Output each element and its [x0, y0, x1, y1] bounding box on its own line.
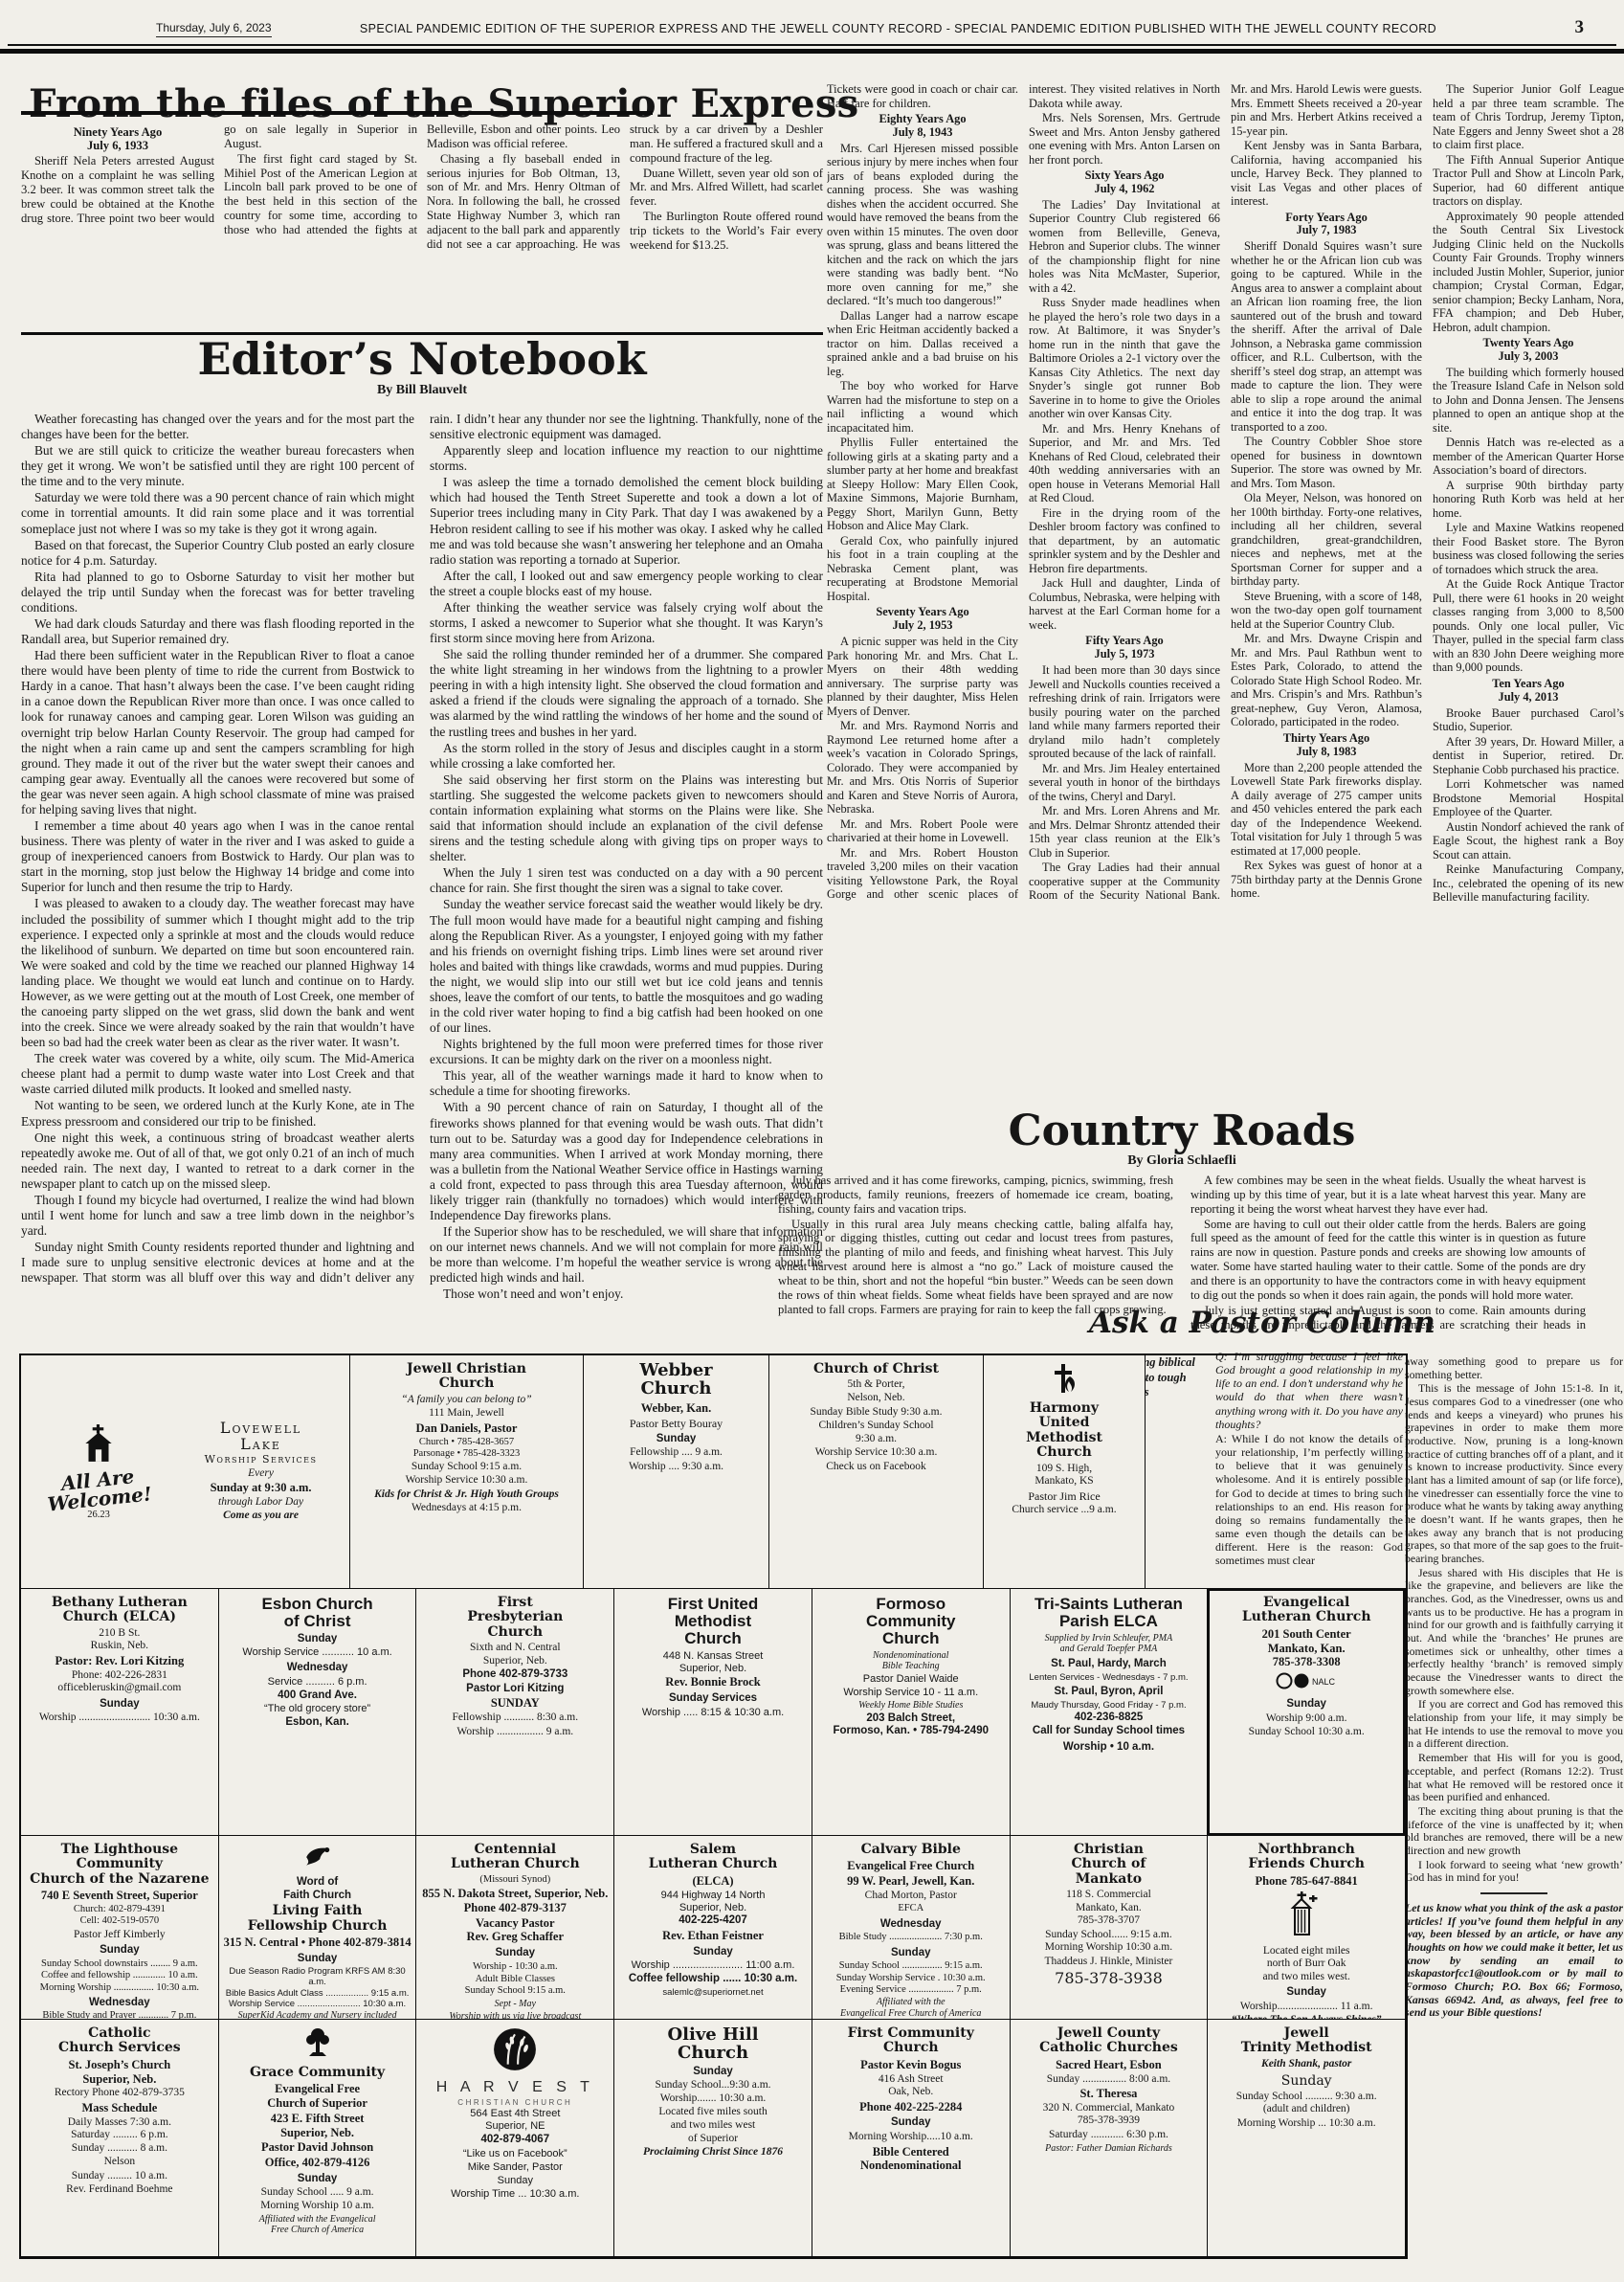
- ad-line: Fellowship ........... 8:30 a.m.: [420, 1711, 610, 1725]
- ask-a-pastor-answer-column: away something good to prepare us for so…: [1405, 1355, 1623, 2276]
- ad-line: Worship...................... 11 a.m.: [1212, 2001, 1401, 2014]
- text-block: The Country Cobbler Shoe store opened fo…: [1231, 435, 1422, 490]
- ad-line: Worship Service 10:30 a.m.: [773, 1446, 979, 1460]
- ad-graphic-area: All Are Welcome!26.23: [25, 1421, 172, 1522]
- ad-line: Worship Time ... 10:30 a.m.: [420, 2188, 610, 2201]
- text-block: Nights brightened by the full moon were …: [430, 1037, 823, 1067]
- ad-line: Worship ........................ 11:00 a…: [618, 1959, 808, 1972]
- text-block: Lorri Kohmetscher was named Brodstone Me…: [1433, 777, 1624, 819]
- text-block: Seventy Years Ago July 2, 1953: [827, 606, 1018, 633]
- ad-line: First Presbyterian Church: [420, 1596, 610, 1640]
- ad-text-area: Lovewell LakeWorship ServicesEverySunday…: [176, 1420, 345, 1524]
- ad-line: (Missouri Synod): [420, 1874, 610, 1886]
- text-block: Mr. and Mrs. Raymond Norris and Raymond …: [827, 719, 1018, 817]
- ad-line: Lenten Services - Wednesdays - 7 p.m.: [1014, 1672, 1204, 1683]
- ad-line: 448 N. Kansas Street Superior, Neb.: [618, 1650, 808, 1675]
- column-divider: [1480, 1892, 1547, 1894]
- ad-line: Affiliated with the Evangelical Free Chu…: [816, 1997, 1006, 2020]
- ad-line: Chad Morton, Pastor: [816, 1890, 1006, 1903]
- ad-line: Sunday: [25, 1698, 214, 1711]
- text-block: Rex Sykes was guest of honor at a 75th b…: [1231, 859, 1422, 901]
- text-block: Some are having to cull out their older …: [1190, 1218, 1586, 1303]
- text-block: Mr. and Mrs. Dwayne Crispin and Mr. and …: [1231, 632, 1422, 729]
- ad-line: Evangelical Lutheran Church: [1212, 1596, 1401, 1625]
- text-block: She said the rolling thunder reminded he…: [430, 647, 823, 739]
- text-block: Usually in this rural area July means ch…: [778, 1218, 1173, 1317]
- ad-line: Sunday: [223, 1633, 412, 1646]
- ad-line: Check us on Facebook: [773, 1461, 979, 1474]
- ad-line: Affiliated with the Evangelical Free Chu…: [223, 2214, 412, 2237]
- ad-line: Sunday: [1212, 1986, 1401, 2000]
- text-block: Sunday the weather service forecast said…: [430, 897, 823, 1036]
- ad-line: Dan Daniels, Pastor: [354, 1421, 579, 1436]
- text-block: This year, all of the weather warnings m…: [430, 1068, 823, 1099]
- ad-line: Rev. Ferdinand Boehme: [25, 2183, 214, 2197]
- ad-line: Morning Worship ... 10:30 a.m.: [1212, 2117, 1401, 2131]
- church-ad-jewell-trinity-methodist: Jewell Trinity MethodistKeith Shank, pas…: [1207, 2019, 1406, 2257]
- church-ad-first-united-methodist: First United Methodist Church448 N. Kans…: [613, 1588, 812, 1836]
- ad-line: Sunday: [1212, 1698, 1401, 1711]
- ad-line: Sunday: [816, 1947, 1006, 1960]
- ad-line: Pastor Jeff Kimberly: [25, 1929, 214, 1942]
- text-block: We had dark clouds Saturday and there wa…: [21, 616, 414, 647]
- ad-line: Christian Church of Mankato: [1014, 1843, 1204, 1887]
- ad-line: 203 Balch Street, Formoso, Kan. • 785-79…: [816, 1712, 1006, 1738]
- ad-line: Pastor Daniel Waide: [816, 1673, 1006, 1686]
- ad-line: Church service ...9 a.m.: [988, 1504, 1141, 1517]
- ad-line: Living Faith Fellowship Church: [223, 1904, 412, 1934]
- ad-line: Thaddeus J. Hinkle, Minister: [1014, 1956, 1204, 1969]
- text-block: With a 90 percent chance of rain on Satu…: [430, 1100, 823, 1223]
- nalc-icon: NALC: [1212, 1671, 1401, 1695]
- ad-line: First United Methodist Church: [618, 1596, 808, 1647]
- ad-line: Northbranch Friends Church: [1212, 1843, 1401, 1872]
- church-ad-first-community: First Community ChurchPastor Kevin Bogus…: [812, 2019, 1011, 2257]
- ad-line: Pastor Betty Bouray: [588, 1417, 765, 1430]
- ad-line: Sunday ......... 10 a.m.: [25, 2170, 214, 2183]
- text-block: Dallas Langer had a narrow escape when E…: [827, 309, 1018, 379]
- ad-line: 402-879-4067: [420, 2134, 610, 2147]
- ad-line: Formoso Community Church: [816, 1596, 1006, 1647]
- ad-line: 315 N. Central • Phone 402-879-3814: [223, 1935, 412, 1950]
- text-block: Duane Willett, seven year old son of Mr.…: [630, 167, 823, 210]
- ad-line: Vacancy Pastor Rev. Greg Schaffer: [420, 1916, 610, 1945]
- ad-line: 564 East 4th Street Superior, NE: [420, 2108, 610, 2133]
- ad-line: 5th & Porter, Nelson, Neb.: [773, 1378, 979, 1404]
- ad-line: Word of Faith Church: [223, 1876, 412, 1902]
- church-directory-row: All Are Welcome!26.23Lovewell LakeWorshi…: [21, 1355, 1406, 1589]
- ad-line: Every: [176, 1467, 345, 1481]
- text-block: But we are still quick to criticize the …: [21, 443, 414, 489]
- text-block: Dennis Hatch was re-elected as a member …: [1433, 436, 1624, 478]
- text-block: Jesus shared with His disciples that He …: [1405, 1567, 1623, 1698]
- ad-line: Pastor David Johnson: [223, 2140, 412, 2155]
- text-block: Austin Nondorf achieved the rank of Eagl…: [1433, 820, 1624, 862]
- ad-line: Worship .... 9:30 a.m.: [588, 1461, 765, 1474]
- ad-line: Fellowship .... 9 a.m.: [588, 1446, 765, 1460]
- ad-line: Catholic Church Services: [25, 2026, 214, 2056]
- church-ad-northbranch-friends: Northbranch Friends ChurchPhone 785-647-…: [1207, 1835, 1406, 2020]
- ad-line: Evangelical Free Church: [816, 1859, 1006, 1873]
- text-block: Jack Hull and daughter, Linda of Columbu…: [1029, 576, 1220, 632]
- ad-line: Sixth and N. Central Superior, Neb.: [420, 1642, 610, 1667]
- ad-line: Sunday School .......... 9:30 a.m. (adul…: [1212, 2091, 1401, 2116]
- svg-text:NALC: NALC: [1312, 1677, 1336, 1687]
- church-directory: All Are Welcome!26.23Lovewell LakeWorshi…: [19, 1354, 1408, 2259]
- text-block: After thinking the weather service was f…: [430, 600, 823, 646]
- text-block: Fifty Years Ago July 5, 1973: [1029, 635, 1220, 661]
- text-block: When the July 1 siren test was conducted…: [430, 865, 823, 896]
- ad-line: Esbon, Kan.: [223, 1716, 412, 1730]
- ad-line: salemlc@superiornet.net: [618, 1987, 808, 1998]
- ad-line: First Community Church: [816, 2026, 1006, 2056]
- ad-line: 111 Main, Jewell: [354, 1407, 579, 1421]
- text-block: Mr. and Mrs. Robert Poole were charivari…: [827, 817, 1018, 845]
- text-block: Reinke Manufacturing Company, Inc., cele…: [1433, 862, 1624, 905]
- church-ad-centennial-lutheran: Centennial Lutheran Church(Missouri Syno…: [415, 1835, 614, 2020]
- text-block: Weather forecasting has changed over the…: [21, 412, 414, 442]
- text-block: A surprise 90th birthday party honoring …: [1433, 479, 1624, 521]
- ad-line: Sunday ................ 8:00 a.m.: [1014, 2073, 1204, 2087]
- church-ad-bethany-lutheran: Bethany Lutheran Church (ELCA)210 B St. …: [20, 1588, 219, 1836]
- ad-line: Bethany Lutheran Church (ELCA): [25, 1596, 214, 1625]
- ad-line: 210 B St. Ruskin, Neb.: [25, 1627, 214, 1653]
- ad-line: Bible Centered Nondenominational: [816, 2145, 1006, 2174]
- ad-line: 402-236-8825: [1014, 1711, 1204, 1725]
- ad-line: Worship Service ........... 10 a.m.: [223, 1646, 412, 1659]
- text-block: The creek water was covered by a white, …: [21, 1051, 414, 1097]
- from-files-top-columns: Ninety Years Ago July 6, 1933Sheriff Nel…: [21, 123, 823, 329]
- text-block: Ninety Years Ago July 6, 1933: [21, 125, 214, 152]
- ad-line: Worship • 10 a.m.: [1014, 1741, 1204, 1755]
- text-block: The Fifth Annual Superior Antique Tracto…: [1433, 153, 1624, 209]
- text-block: Not wanting to be seen, we ordered lunch…: [21, 1098, 414, 1129]
- ad-line: Sunday at 9:30 a.m.: [176, 1481, 345, 1495]
- text-block: Had there been sufficient water in the R…: [21, 648, 414, 817]
- ad-line: Children’s Sunday School 9:30 a.m.: [773, 1420, 979, 1445]
- ad-line: 416 Ash Street Oak, Neb.: [816, 2073, 1006, 2099]
- text-block: One night this week, a continuous string…: [21, 1130, 414, 1192]
- ad-line: Pastor Jim Rice: [988, 1489, 1141, 1503]
- text-block: Twenty Years Ago July 3, 2003: [1433, 337, 1624, 364]
- ad-line: Pastor Lori Kitzing: [420, 1683, 610, 1696]
- ad-line: Pastor: Father Damian Richards: [1014, 2143, 1204, 2155]
- ad-line: Webber Church: [588, 1362, 765, 1398]
- church-ad-olive-hill: Olive Hill ChurchSundaySunday School...9…: [613, 2019, 812, 2257]
- country-roads-header: Country Roads By Gloria Schlaefli: [778, 1110, 1586, 1169]
- text-block: Mr. and Mrs. Jim Healey entertained seve…: [1029, 762, 1220, 804]
- text-block: Rita had planned to go to Osborne Saturd…: [21, 570, 414, 615]
- ad-line: St. Theresa: [1014, 2087, 1204, 2101]
- ad-line: Worship ................. 9 a.m.: [420, 1726, 610, 1739]
- church-ad-catholic-church-services: Catholic Church ServicesSt. Joseph’s Chu…: [20, 2019, 219, 2257]
- ad-line: Sunday School...9:30 a.m. Worship.......…: [618, 2079, 808, 2105]
- ask-a-pastor-title: Ask a Pastor Column: [1089, 1306, 1443, 1340]
- ad-line: 109 S. High, Mankato, KS: [988, 1463, 1141, 1488]
- ad-line: 99 W. Pearl, Jewell, Kan.: [816, 1874, 1006, 1889]
- ad-line: 944 Highway 14 North Superior, Neb.: [618, 1890, 808, 1914]
- text-block: Mrs. Carl Hjeresen missed possible serio…: [827, 142, 1018, 308]
- ad-line: Sunday: [420, 2175, 610, 2187]
- ad-line: Calvary Bible: [816, 1843, 1006, 1857]
- ad-line: Kids for Christ & Jr. High Youth Groups: [354, 1488, 579, 1502]
- ad-line: Phone 402-225-2284: [816, 2100, 1006, 2114]
- ad-line: 402-225-4207: [618, 1914, 808, 1928]
- text-block: Saturday we were told there was a 90 per…: [21, 490, 414, 536]
- text-block: After 39 years, Dr. Howard Miller, a den…: [1433, 735, 1624, 777]
- ad-line: Worship - 10:30 a.m.: [420, 1961, 610, 1973]
- ad-line: Harmony United Methodist Church: [988, 1401, 1141, 1461]
- ad-line: The Lighthouse Community Church of the N…: [25, 1843, 214, 1887]
- ad-line: Sunday: [588, 1433, 765, 1446]
- ad-line: Sunday: [1212, 2073, 1401, 2090]
- text-block: July has arrived and it has come firewor…: [778, 1174, 1173, 1217]
- text-block: As the storm rolled in the story of Jesu…: [430, 741, 823, 772]
- text-block: This is the message of John 15:1-8. In i…: [1405, 1382, 1623, 1565]
- ad-line: Mike Sander, Pastor: [420, 2161, 610, 2174]
- text-block: The boy who worked for Harve Warren had …: [827, 379, 1018, 435]
- ad-line: Sunday Services: [618, 1692, 808, 1706]
- ad-line: CHRISTIAN CHURCH: [420, 2098, 610, 2107]
- text-block: Mrs. Nels Sorensen, Mrs. Gertrude Sweet …: [1029, 111, 1220, 167]
- text-block: She said observing her first storm on th…: [430, 772, 823, 864]
- ad-line: Church: 402-879-4391 Cell: 402-519-0570: [25, 1904, 214, 1928]
- church-ad-salem-lutheran: Salem Lutheran Church(ELCA)944 Highway 1…: [613, 1835, 812, 2020]
- text-block: Phyllis Fuller entertained the following…: [827, 436, 1018, 533]
- ad-line: Come as you are: [176, 1510, 345, 1523]
- text-block: Remember that His will for you is good, …: [1405, 1752, 1623, 1804]
- ad-line: Olive Hill Church: [618, 2026, 808, 2063]
- ad-line: Sunday School 9:15 a.m. Worship Service …: [354, 1461, 579, 1487]
- text-block: Though I found my bicycle had overturned…: [21, 1193, 414, 1239]
- ad-line: Sunday: [420, 1947, 610, 1960]
- text-block: Ten Years Ago July 4, 2013: [1433, 678, 1624, 705]
- ad-line: Keith Shank, pastor: [1212, 2058, 1401, 2071]
- ad-line: Wednesdays at 4:15 p.m.: [354, 1502, 579, 1515]
- text-block: If you are correct and God has removed t…: [1405, 1698, 1623, 1751]
- ad-line: Wednesday: [25, 1997, 214, 2010]
- church-ad-harmony-united-methodist: Harmony United Methodist Church109 S. Hi…: [983, 1354, 1146, 1589]
- text-block: It had been more than 30 days since Jewe…: [1029, 663, 1220, 761]
- ad-line: Coffee fellowship ...... 10:30 a.m.: [618, 1973, 808, 1986]
- church-ad-living-faith-fellowship: Word of Faith ChurchLiving Faith Fellows…: [218, 1835, 417, 2020]
- ad-line: Worship Service 10 - 11 a.m.: [816, 1687, 1006, 1699]
- ad-line: Sunday School ..... 9 a.m. Morning Worsh…: [223, 2186, 412, 2212]
- masthead-rule-thick: [0, 49, 1624, 54]
- ad-line: Wednesday: [223, 1662, 412, 1675]
- text-block: away something good to prepare us for so…: [1405, 1355, 1623, 1381]
- church-ad-first-presbyterian: First Presbyterian ChurchSixth and N. Ce…: [415, 1588, 614, 1836]
- ad-line: Sunday School downstairs ........ 9 a.m.…: [25, 1958, 214, 1994]
- text-block: Russ Snyder made headlines when he playe…: [1029, 296, 1220, 421]
- ad-line: “Like us on Facebook”: [420, 2148, 610, 2160]
- ad-line: St. Paul, Byron, April: [1014, 1686, 1204, 1699]
- ad-line: Evangelical Free Church of Superior: [223, 2082, 412, 2111]
- ad-line: Pastor Kevin Bogus: [816, 2058, 1006, 2072]
- text-block: Mr. and Mrs. Henry Knehans of Superior, …: [1029, 422, 1220, 505]
- churchb-icon: [1212, 1890, 1401, 1943]
- ad-line: Saturday ............ 6:30 p.m.: [1014, 2129, 1204, 2142]
- ad-line: Call for Sunday School times: [1014, 1725, 1204, 1738]
- ad-line: Sept - May: [420, 1999, 610, 2010]
- ad-line: Grace Community: [223, 2066, 412, 2080]
- ad-line: Phone 402-879-3733: [420, 1668, 610, 1682]
- text-block: I was pleased to awaken to a cloudy day.…: [21, 896, 414, 1050]
- ad-line: Phone 785-647-8841: [1212, 1874, 1401, 1889]
- tree-icon: [223, 2026, 412, 2064]
- ad-line: Sacred Heart, Esbon: [1014, 2058, 1204, 2072]
- dove-icon: [223, 1843, 412, 1874]
- church-ad-lighthouse-nazarene: The Lighthouse Community Church of the N…: [20, 1835, 219, 2020]
- ad-line: Rectory Phone 402-879-3735: [25, 2087, 214, 2100]
- ad-line: Church • 785-428-3657 Parsonage • 785-42…: [354, 1437, 579, 1461]
- ad-line: “The old grocery store”: [223, 1703, 412, 1715]
- text-block: Gerald Cox, who painfully injured his fo…: [827, 534, 1018, 604]
- church-directory-row: Catholic Church ServicesSt. Joseph’s Chu…: [21, 2020, 1406, 2257]
- ad-line: Pastor: Rev. Lori Kitzing: [25, 1654, 214, 1668]
- umc-icon: [988, 1362, 1141, 1399]
- editors-notebook-body: Weather forecasting has changed over the…: [21, 412, 823, 1354]
- text-block: At the Guide Rock Antique Tractor Pull, …: [1433, 577, 1624, 675]
- ad-line: Sunday: [223, 1953, 412, 1966]
- text-block: The exciting thing about pruning is that…: [1405, 1805, 1623, 1858]
- ad-line: All Are Welcome!: [23, 1463, 173, 1516]
- ad-line: Maudy Thursday, Good Friday - 7 p.m.: [1014, 1700, 1204, 1711]
- ad-line: Located five miles south and two miles w…: [618, 2106, 808, 2145]
- text-block: If the Superior show has to be reschedul…: [430, 1224, 823, 1286]
- ad-line: Sunday: [618, 2066, 808, 2079]
- text-block: Approximately 90 people attended the Sou…: [1433, 210, 1624, 335]
- ad-line: Sunday: [816, 2116, 1006, 2130]
- text-block: I look forward to seeing what ‘new growt…: [1405, 1859, 1623, 1885]
- church-ad-evangelical-lutheran: Evangelical Lutheran Church201 South Cen…: [1207, 1588, 1406, 1836]
- ask-a-pastor-continuation: away something good to prepare us for so…: [1405, 1355, 1623, 1885]
- text-block: Tickets were good in coach or chair car.…: [827, 82, 1018, 110]
- ad-line: “A family you can belong to”: [354, 1394, 579, 1407]
- text-block: Sheriff Donald Squires wasn’t sure wheth…: [1231, 239, 1422, 434]
- text-block: The building which formerly housed the T…: [1433, 366, 1624, 436]
- text-block: After the call, I looked out and saw eme…: [430, 569, 823, 599]
- ad-line: St. Paul, Hardy, March: [1014, 1658, 1204, 1671]
- ad-line: Bible Study ..................... 7:30 p…: [816, 1932, 1006, 1943]
- issue-date: Thursday, July 6, 2023: [156, 21, 272, 37]
- ad-line: Church of Christ: [773, 1362, 979, 1376]
- country-roads-title: Country Roads: [778, 1110, 1586, 1152]
- text-block: Thirty Years Ago July 8, 1983: [1231, 732, 1422, 759]
- ad-line: Proclaiming Christ Since 1876: [618, 2146, 808, 2159]
- ad-line: Weekly Home Bible Studies: [816, 1700, 1006, 1711]
- text-block: More than 2,200 people attended the Love…: [1231, 761, 1422, 859]
- church-ad-jewell-christian: Jewell Christian Church“A family you can…: [349, 1354, 584, 1589]
- ad-line: 400 Grand Ave.: [223, 1689, 412, 1703]
- text-block: Mr. and Mrs. Loren Ahrens and Mr. and Mr…: [1029, 804, 1220, 860]
- ad-line: Adult Bible Classes Sunday School 9:15 a…: [420, 1974, 610, 1998]
- church-ad-lovewell-lake: All Are Welcome!26.23Lovewell LakeWorshi…: [20, 1354, 350, 1589]
- text-block: I remember a time about 40 years ago whe…: [21, 818, 414, 895]
- church-ad-harvest-christian: H A R V E S TCHRISTIAN CHURCH564 East 4t…: [415, 2019, 614, 2257]
- text-block: Lyle and Maxine Watkins reopened their F…: [1433, 521, 1624, 576]
- text-block: Brooke Bauer purchased Carol’s Studio, S…: [1433, 706, 1624, 734]
- text-block: Apparently sleep and location influence …: [430, 443, 823, 474]
- ad-line: Rev. Bonnie Brock: [618, 1675, 808, 1689]
- ad-line: Worship ..... 8:15 & 10:30 a.m.: [618, 1707, 808, 1719]
- ad-line: Morning Worship.....10 a.m.: [816, 2131, 1006, 2144]
- text-block: Steve Bruening, with a score of 148, won…: [1231, 590, 1422, 632]
- page-number: 3: [1575, 17, 1585, 38]
- ad-line: Nelson: [25, 2156, 214, 2169]
- ad-line: H A R V E S T: [420, 2079, 610, 2097]
- text-block: Eighty Years Ago July 8, 1943: [827, 113, 1018, 140]
- church-icon: [25, 1423, 172, 1468]
- ad-line: EFCA: [816, 1903, 1006, 1914]
- ad-line: Esbon Church of Christ: [223, 1596, 412, 1630]
- church-directory-row: The Lighthouse Community Church of the N…: [21, 1836, 1406, 2020]
- ad-line: 201 South Center Mankato, Kan. 785-378-3…: [1212, 1627, 1401, 1669]
- ad-line: Sunday School ................ 9:15 a.m.…: [816, 1960, 1006, 1996]
- ad-line: St. Joseph’s Church Superior, Neb.: [25, 2058, 214, 2087]
- ad-line: SUNDAY: [420, 1696, 610, 1711]
- church-ad-christian-church-of-mankato: Christian Church of Mankato118 S. Commer…: [1010, 1835, 1209, 2020]
- editors-notebook-title: Editor’s Notebook: [21, 337, 823, 381]
- church-ad-church-of-christ: Church of Christ5th & Porter, Nelson, Ne…: [768, 1354, 984, 1589]
- ad-line: Service .......... 6 p.m.: [223, 1676, 412, 1689]
- ad-line: Salem Lutheran Church: [618, 1843, 808, 1872]
- text-block: Those won’t need and won’t enjoy.: [430, 1286, 823, 1302]
- ad-line: Worship .......................... 10:30…: [25, 1711, 214, 1725]
- text-block: Based on that forecast, the Superior Cou…: [21, 538, 414, 569]
- church-ad-tri-saints-lutheran: Tri-Saints Lutheran Parish ELCASupplied …: [1010, 1588, 1209, 1836]
- ad-line: Daily Masses 7:30 a.m. Saturday ........…: [25, 2116, 214, 2156]
- ad-line: Jewell County Catholic Churches: [1014, 2026, 1204, 2056]
- ad-line: Rev. Ethan Feistner: [618, 1929, 808, 1943]
- ad-line: Sunday: [25, 1944, 214, 1958]
- ad-line: 118 S. Commercial Mankato, Kan. 785-378-…: [1014, 1889, 1204, 1928]
- ad-line: Jewell Christian Church: [354, 1362, 579, 1392]
- text-block: Forty Years Ago July 7, 1983: [1231, 212, 1422, 238]
- ad-line: Supplied by Irvin Schleufer, PMA and Ger…: [1014, 1633, 1204, 1656]
- text-block: Kent Jensby was in Santa Barbara, Califo…: [1231, 139, 1422, 209]
- wheat-icon: [420, 2026, 610, 2077]
- country-roads-byline: By Gloria Schlaefli: [778, 1153, 1586, 1169]
- ask-a-pastor-feedback-note: Let us know what you think of the ask a …: [1405, 1902, 1623, 2020]
- text-block: The Superior Junior Golf League held a p…: [1433, 82, 1624, 152]
- from-files-headline: From the files of the Superior Express: [29, 81, 656, 126]
- text-block: Fire in the drying room of the Deshler b…: [1029, 506, 1220, 576]
- ad-line: Located eight miles north of Burr Oak an…: [1212, 1945, 1401, 1984]
- text-block: A picnic supper was held in the City Par…: [827, 635, 1018, 718]
- ad-line: Nondenominational Bible Teaching: [816, 1650, 1006, 1673]
- masthead: Thursday, July 6, 2023 SPECIAL PANDEMIC …: [0, 19, 1624, 44]
- ad-line: Phone: 402-226-2831 officebleruskin@gmai…: [25, 1669, 214, 1695]
- masthead-rule-thin: [8, 44, 1616, 46]
- text-block: I was asleep the time a tornado demolish…: [430, 475, 823, 567]
- church-ad-esbon-church-of-christ: Esbon Church of ChristSundayWorship Serv…: [218, 1588, 417, 1836]
- text-block: Ola Meyer, Nelson, was honored on her 10…: [1231, 491, 1422, 589]
- from-files-right-columns: Tickets were good in coach or chair car.…: [827, 82, 1624, 1108]
- ad-line: Sunday School 10:30 a.m.: [1212, 1726, 1401, 1739]
- church-ad-formoso-community: Formoso Community ChurchNondenominationa…: [812, 1588, 1011, 1836]
- ad-line: Worship Services: [176, 1454, 345, 1466]
- headline-rule: [21, 111, 653, 115]
- ad-line: (ELCA): [618, 1874, 808, 1889]
- ad-line: 740 E Seventh Street, Superior: [25, 1889, 214, 1903]
- editors-notebook-header: Editor’s Notebook By Bill Blauvelt: [21, 337, 823, 398]
- newspaper-page: Thursday, July 6, 2023 SPECIAL PANDEMIC …: [0, 0, 1624, 2282]
- ad-line: 785-378-3938: [1014, 1970, 1204, 1988]
- church-directory-row: Bethany Lutheran Church (ELCA)210 B St. …: [21, 1589, 1406, 1836]
- ad-line: Jewell Trinity Methodist: [1212, 2026, 1401, 2056]
- church-ad-webber: Webber ChurchWebber, Kan.Pastor Betty Bo…: [583, 1354, 769, 1589]
